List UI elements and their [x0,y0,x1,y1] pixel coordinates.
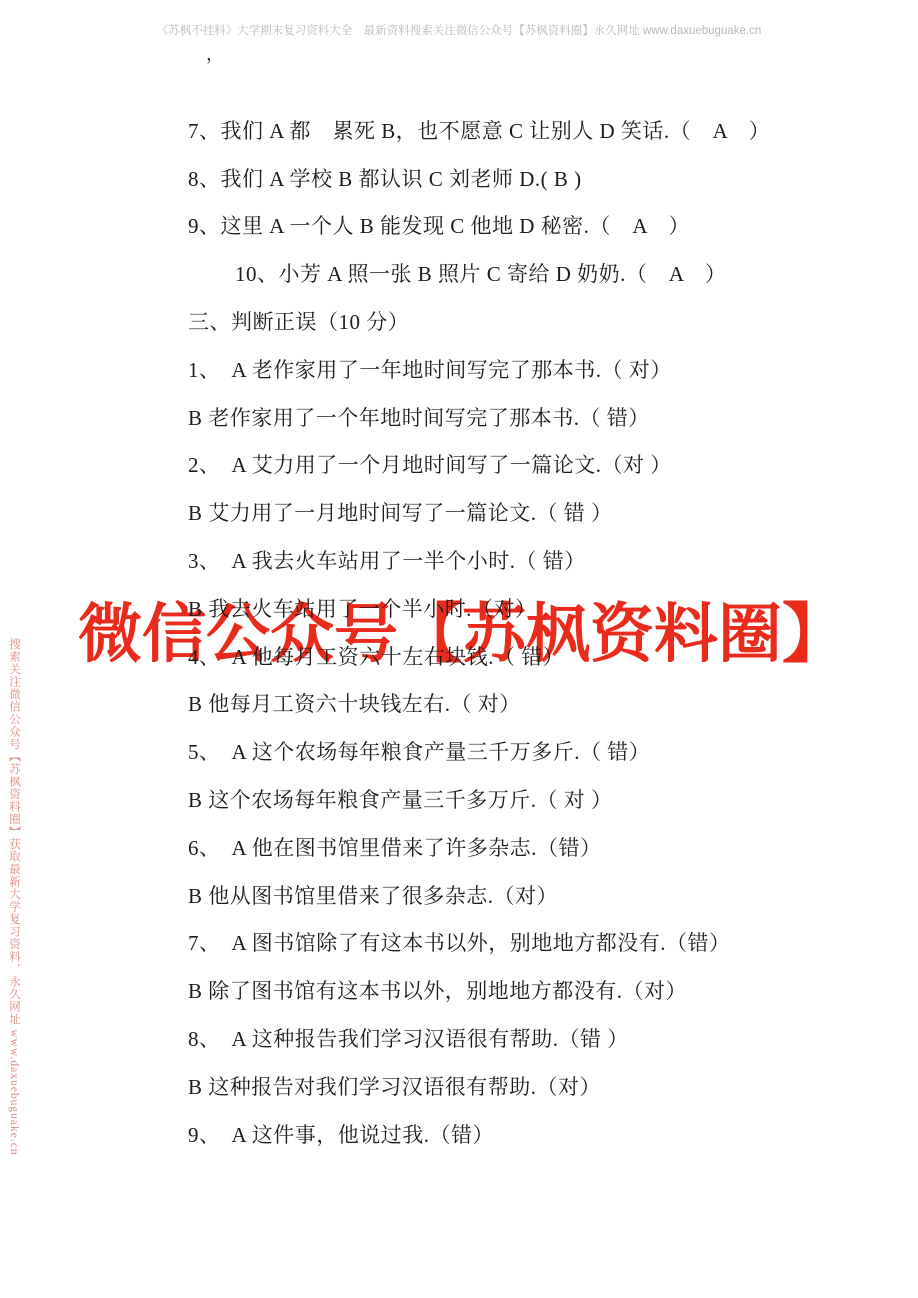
page-header-note: 《苏枫不挂科》大学期末复习资料大全 最新资料搜索关注微信公众号【苏枫资料圈】永久… [0,22,918,38]
document-line: 7、我们 A 都 累死 B，也不愿意 C 让别人 D 笑话.（ A ） [188,106,888,154]
section-heading: 三、判断正误（10 分） [188,297,888,345]
document-line: B 我去火车站用了一个半小时.（对） [188,584,888,632]
document-line: 4、 A 他每月工资六十左右块钱.（ 错） [188,632,888,680]
document-line: 9、这里 A 一个人 B 能发现 C 他地 D 秘密.（ A ） [188,202,888,250]
document-line: 6、 A 他在图书馆里借来了许多杂志.（错） [188,823,888,871]
document-line: 3、 A 我去火车站用了一半个小时.（ 错） [188,536,888,584]
document-line: 8、我们 A 学校 B 都认识 C 刘老师 D.( B ) [188,154,888,202]
document-line: 5、 A 这个农场每年粮食产量三千万多斤.（ 错） [188,727,888,775]
document-line: B 老作家用了一个年地时间写完了那本书.（ 错） [188,393,888,441]
document-line: B 艾力用了一月地时间写了一篇论文.（ 错 ） [188,488,888,536]
document-line: 1、 A 老作家用了一年地时间写完了那本书.（ 对） [188,345,888,393]
document-line: 2、 A 艾力用了一个月地时间写了一篇论文.（对 ） [188,441,888,489]
document-line: B 他每月工资六十块钱左右.（ 对） [188,680,888,728]
stray-comma: ， [206,40,224,66]
document-line: 9、 A 这件事，他说过我.（错） [188,1110,888,1158]
document-line: B 这个农场每年粮食产量三千多万斤.（ 对 ） [188,775,888,823]
document-line: B 除了图书馆有这本书以外，别地地方都没有.（对） [188,966,888,1014]
document-line: 10、小芳 A 照一张 B 照片 C 寄给 D 奶奶.（ A ） [188,249,888,297]
document-line: B 他从图书馆里借来了很多杂志.（对） [188,871,888,919]
document-page: 《苏枫不挂科》大学期末复习资料大全 最新资料搜索关注微信公众号【苏枫资料圈】永久… [0,0,918,1298]
document-line: 7、 A 图书馆除了有这本书以外，别地地方都没有.（错） [188,919,888,967]
document-line: 8、 A 这种报告我们学习汉语很有帮助.（错 ） [188,1014,888,1062]
document-body: 7、我们 A 都 累死 B，也不愿意 C 让别人 D 笑话.（ A ） 8、我们… [188,106,888,1158]
watermark-vertical: 搜索关注微信公众号【苏枫资料圈】获取最新大学复习资料，永久网址 www.daxu… [6,638,22,1098]
document-line: B 这种报告对我们学习汉语很有帮助.（对） [188,1062,888,1110]
